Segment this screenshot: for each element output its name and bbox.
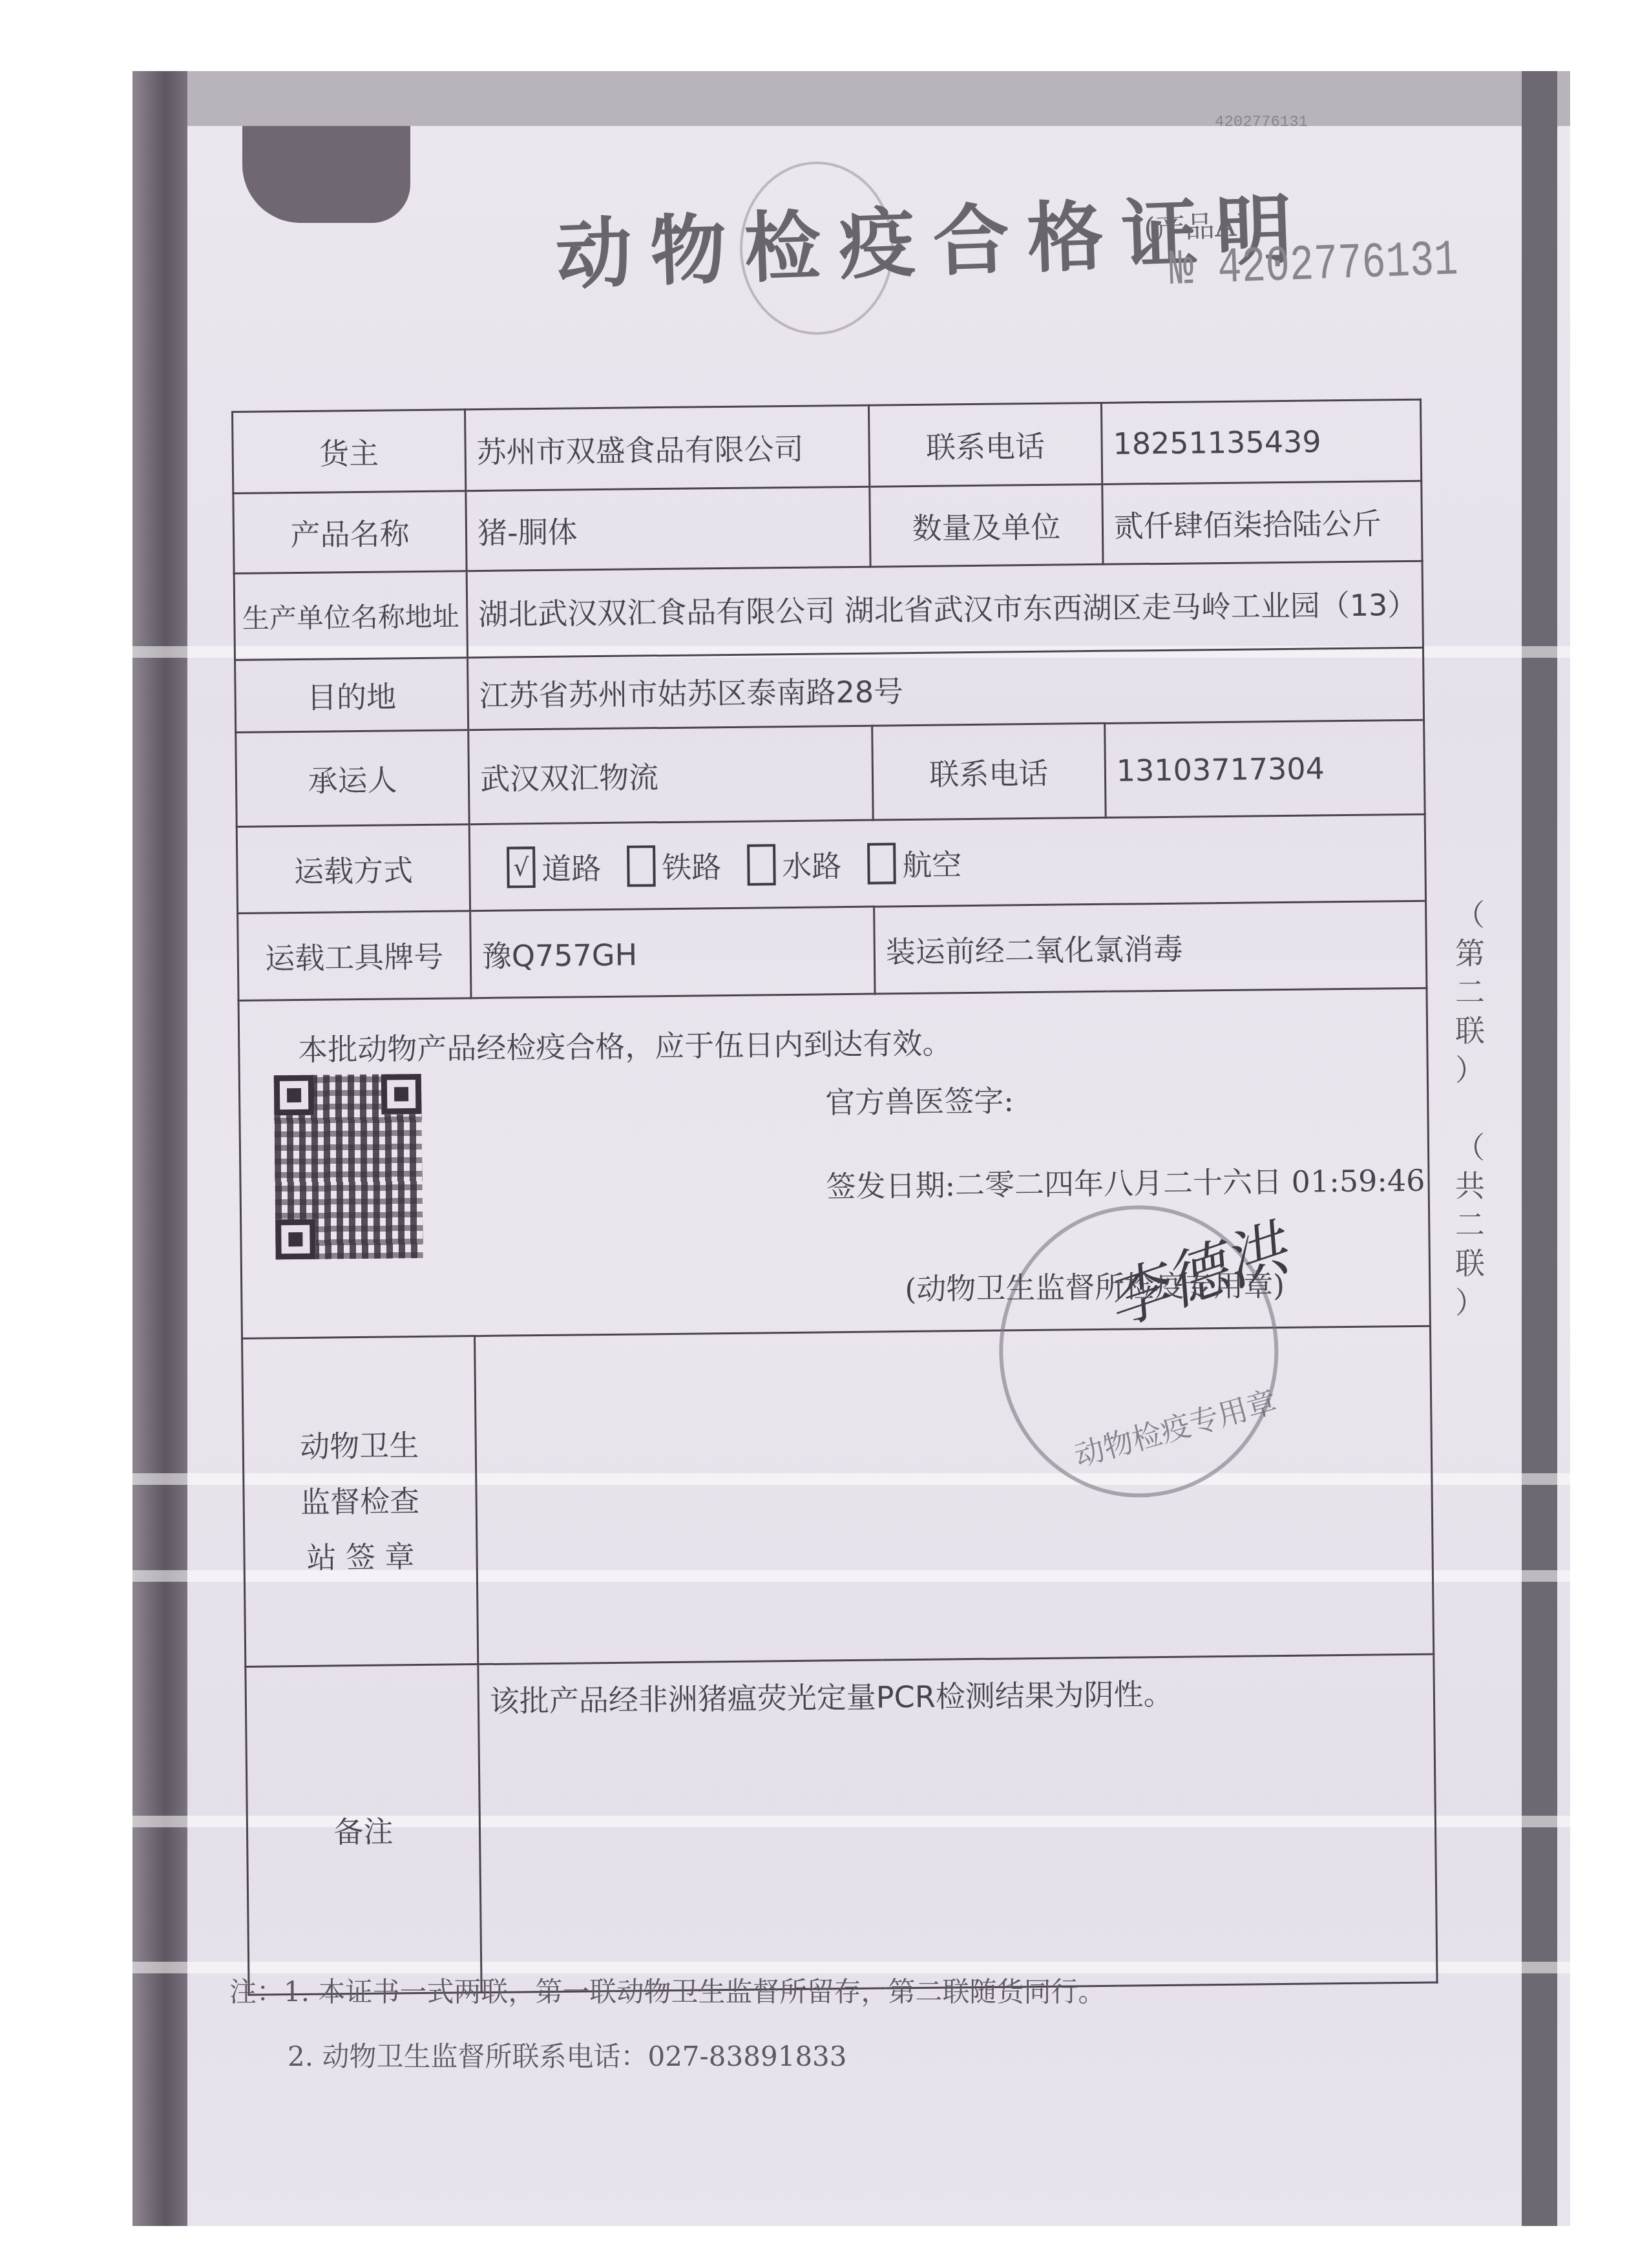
owner-label: 货主 [233, 410, 466, 494]
row-destination: 目的地 江苏省苏州市姑苏区泰南路28号 [235, 647, 1424, 732]
copy-indicator-char [1444, 1089, 1496, 1128]
scan-left-edge [132, 71, 187, 2226]
serial-number: № 4202776131 [1169, 231, 1459, 299]
transport-checkbox-1[interactable] [627, 845, 656, 887]
transport-checkbox-0[interactable]: √ [507, 846, 536, 888]
carrier-label: 承运人 [236, 730, 470, 827]
row-product: 产品名称 猪-胴体 数量及单位 贰仟肆佰柒拾陆公斤 [233, 481, 1422, 573]
owner-phone-label: 联系电话 [868, 403, 1102, 487]
owner-value: 苏州市双盛食品有限公司 [465, 405, 869, 491]
checkpoint-label-line: 站 签 章 [255, 1528, 466, 1586]
checkpoint-label-line: 动物卫生 [254, 1417, 465, 1475]
copy-indicator-char: 共 [1444, 1166, 1496, 1205]
transport-options: √道路铁路水路航空 [469, 814, 1425, 910]
issue-date: 签发日期:二零二四年八月二十六日 01:59:46 [826, 1157, 1425, 1206]
row-remarks: 备注 该批产品经非洲猪瘟荧光定量PCR检测结果为阴性。 [246, 1654, 1437, 1995]
remarks-value: 该批产品经非洲猪瘟荧光定量PCR检测结果为阴性。 [478, 1654, 1437, 1992]
row-producer: 生产单位名称地址 湖北武汉双汇食品有限公司 湖北省武汉市东西湖区走马岭工业园（1… [234, 561, 1423, 660]
carrier-value: 武汉双汇物流 [468, 726, 873, 824]
copy-indicator-char: ） [1444, 1050, 1496, 1089]
stamp-caption: (动物卫生监督所检疫专用章) [905, 1262, 1285, 1308]
copy-indicator-char: 二 [1444, 972, 1496, 1011]
copy-indicator-char: ） [1444, 1283, 1496, 1321]
scan-top-edge [132, 71, 1570, 126]
copy-indicator-char: （ [1444, 895, 1496, 934]
checkpoint-stamp-area [475, 1326, 1434, 1664]
transport-option-label: 道路 [541, 851, 602, 887]
copy-indicator-char: 二 [1444, 1205, 1496, 1244]
scan-artifact [242, 126, 410, 223]
footnote-1: 注：1. 本证书一式两联，第一联动物卫生监督所留存，第二联随货同行。 [229, 1971, 1105, 2010]
transport-checkbox-2[interactable] [747, 844, 776, 885]
product-label: 产品名称 [233, 491, 467, 574]
vehicle-value: 豫Q757GH [470, 907, 875, 998]
issue-date-value: 二零二四年八月二十六日 01:59:46 [955, 1163, 1425, 1203]
destination-label: 目的地 [235, 658, 468, 733]
copy-indicator-char: 第 [1444, 934, 1496, 972]
qr-code-icon[interactable] [274, 1074, 423, 1259]
row-owner: 货主 苏州市双盛食品有限公司 联系电话 18251135439 [233, 399, 1422, 493]
row-vehicle: 运载工具牌号 豫Q757GH 装运前经二氧化氯消毒 [238, 901, 1427, 1000]
footnote-2: 2. 动物卫生监督所联系电话：027-83891833 [288, 2035, 847, 2074]
destination-value: 江苏省苏州市姑苏区泰南路28号 [468, 647, 1424, 730]
validity-notice: 本批动物产品经检疫合格，应于伍日内到达有效。 [298, 1020, 952, 1069]
checkpoint-label: 动物卫生 监督检查 站 签 章 [242, 1336, 478, 1667]
copy-indicator-char: （ [1444, 1128, 1496, 1166]
row-carrier: 承运人 武汉双汇物流 联系电话 13103717304 [236, 720, 1425, 826]
transport-label: 运载方式 [236, 824, 470, 914]
producer-label: 生产单位名称地址 [234, 571, 467, 660]
owner-phone-value: 18251135439 [1101, 399, 1421, 484]
vet-signature-label: 官方兽医签字: [825, 1077, 1014, 1122]
copy-indicator: （第二联） （共二联） [1444, 895, 1496, 1321]
qr-finder-icon [275, 1219, 316, 1260]
serial-number-small: 4202776131 [1215, 114, 1308, 131]
transport-checkbox-3[interactable] [867, 843, 896, 884]
issue-date-label: 签发日期: [826, 1168, 955, 1204]
disinfection-note: 装运前经二氧化氯消毒 [874, 901, 1427, 994]
carrier-phone-value: 13103717304 [1105, 720, 1425, 817]
serial-value: 4202776131 [1217, 231, 1459, 297]
quantity-value: 贰仟肆佰柒拾陆公斤 [1102, 481, 1422, 564]
notice-cell: 本批动物产品经检疫合格，应于伍日内到达有效。 官方兽医签字: 签发日期:二零二四… [238, 988, 1430, 1338]
qr-finder-icon [274, 1075, 315, 1116]
remarks-label: 备注 [246, 1664, 481, 1995]
transport-option-label: 水路 [782, 848, 842, 884]
qr-finder-icon [381, 1074, 422, 1115]
product-value: 猪-胴体 [466, 487, 870, 571]
copy-indicator-char: 联 [1444, 1011, 1496, 1050]
row-notice: 本批动物产品经检疫合格，应于伍日内到达有效。 官方兽医签字: 签发日期:二零二四… [238, 988, 1430, 1338]
copy-indicator-char: 联 [1444, 1244, 1496, 1283]
quantity-label: 数量及单位 [870, 484, 1103, 567]
transport-option-label: 航空 [902, 847, 962, 883]
transport-option-label: 铁路 [662, 850, 722, 885]
vehicle-label: 运载工具牌号 [238, 911, 471, 1001]
certificate-form: 货主 苏州市双盛食品有限公司 联系电话 18251135439 产品名称 猪-胴… [231, 399, 1438, 1996]
checkpoint-label-line: 监督检查 [255, 1473, 465, 1530]
scan-right-edge [1522, 71, 1557, 2226]
row-transport: 运载方式 √道路铁路水路航空 [236, 814, 1425, 913]
serial-label: № [1169, 241, 1195, 299]
carrier-phone-label: 联系电话 [872, 723, 1106, 820]
producer-value: 湖北武汉双汇食品有限公司 湖北省武汉市东西湖区走马岭工业园（13） [467, 561, 1423, 657]
